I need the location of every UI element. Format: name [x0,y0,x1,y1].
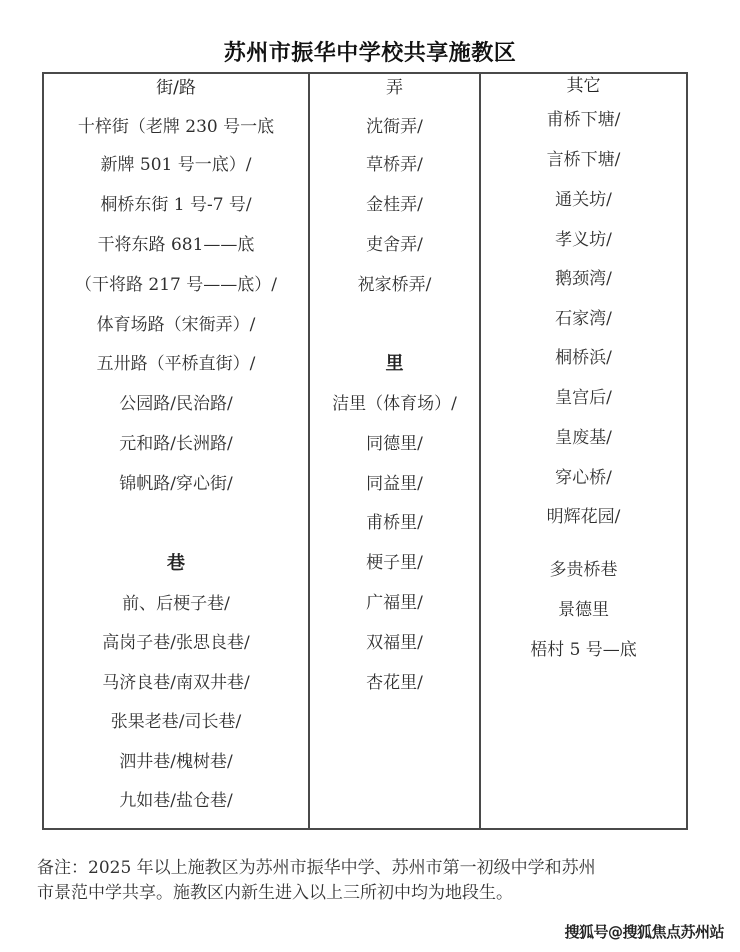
other-item: 皇宫后/ [481,388,686,408]
other-item: 石家湾/ [481,309,686,329]
other-extra-item: 多贵桥巷 [481,560,686,580]
footnote: 备注：2025 年以上施教区为苏州市振华中学、苏州市第一初级中学和苏州 市景范中… [37,856,707,906]
li-item: 双福里/ [310,633,479,653]
school-district-table: 街/路 十梓街（老牌 230 号一底 新牌 501 号一底）/ 桐桥东街 1 号… [42,72,688,830]
column-streets: 街/路 十梓街（老牌 230 号一底 新牌 501 号一底）/ 桐桥东街 1 号… [44,74,310,828]
other-item: 穿心桥/ [481,468,686,488]
alley-item: 祝家桥弄/ [310,275,479,295]
alley-item: 草桥弄/ [310,155,479,175]
street-item: 干将东路 681——底 [44,235,308,255]
other-item: 孝义坊/ [481,230,686,250]
alley-item: 吏舍弄/ [310,235,479,255]
li-item: 甫桥里/ [310,513,479,533]
watermark: 搜狐号@搜狐焦点苏州站 [564,921,724,942]
lane-item: 高岗子巷/张思良巷/ [44,633,308,653]
footnote-line-1: 备注：2025 年以上施教区为苏州市振华中学、苏州市第一初级中学和苏州 [37,856,707,881]
lane-item: 前、后梗子巷/ [44,594,308,614]
alley-item: 沈衙弄/ [310,117,479,137]
street-item: 五卅路（平桥直街）/ [44,354,308,374]
street-item: 元和路/长洲路/ [44,434,308,454]
lanes-subheading: 巷 [44,554,308,574]
footnote-line-2: 市景范中学共享。施教区内新生进入以上三所初中均为地段生。 [37,881,707,906]
column-header-streets: 街/路 [44,78,308,98]
street-item: 新牌 501 号一底）/ [44,155,308,175]
li-item: 广福里/ [310,593,479,613]
lane-item: 九如巷/盐仓巷/ [44,791,308,811]
street-item: 十梓街（老牌 230 号一底 [44,117,308,137]
page-title: 苏州市振华中学校共享施教区 [0,36,740,67]
lane-item: 马济良巷/南双井巷/ [44,673,308,693]
other-item: 桐桥浜/ [481,348,686,368]
street-item: 锦帆路/穿心街/ [44,474,308,494]
li-item: 同德里/ [310,434,479,454]
li-item: 梗子里/ [310,553,479,573]
other-extra-item: 梧村 5 号—底 [481,640,686,660]
other-item: 皇废基/ [481,428,686,448]
column-alleys: 弄 沈衙弄/ 草桥弄/ 金桂弄/ 吏舍弄/ 祝家桥弄/ 里 洁里（体育场）/ 同… [310,74,481,828]
li-item: 同益里/ [310,474,479,494]
lane-item: 张果老巷/司长巷/ [44,712,308,732]
li-item: 洁里（体育场）/ [310,394,479,414]
li-subheading: 里 [310,354,479,374]
column-header-alleys: 弄 [310,78,479,98]
other-item: 鹅颈湾/ [481,269,686,289]
lane-item: 泗井巷/槐树巷/ [44,752,308,772]
street-item: （干将路 217 号——底）/ [44,275,308,295]
column-others: 其它 甫桥下塘/ 言桥下塘/ 通关坊/ 孝义坊/ 鹅颈湾/ 石家湾/ 桐桥浜/ … [481,74,686,828]
li-item: 杏花里/ [310,673,479,693]
other-item: 明辉花园/ [481,507,686,527]
column-header-others: 其它 [481,76,686,96]
other-item: 言桥下塘/ [481,150,686,170]
street-item: 桐桥东街 1 号-7 号/ [44,195,308,215]
alley-item: 金桂弄/ [310,195,479,215]
street-item: 体育场路（宋衙弄）/ [44,315,308,335]
street-item: 公园路/民治路/ [44,394,308,414]
other-extra-item: 景德里 [481,600,686,620]
other-item: 甫桥下塘/ [481,110,686,130]
other-item: 通关坊/ [481,190,686,210]
